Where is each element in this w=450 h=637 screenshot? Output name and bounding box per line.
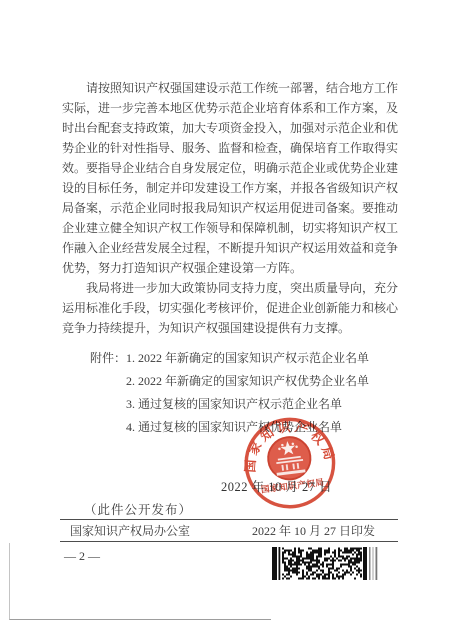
issue-date: 2022 年 10 月 27 日: [221, 477, 332, 495]
national-emblem-icon: [266, 435, 313, 482]
document-barcode-icon: [272, 547, 378, 580]
attachments-label: 附件：: [90, 347, 126, 370]
scanned-page-edge: [9, 543, 271, 620]
footer-print-date: 2022 年 10 月 27 日印发: [252, 523, 375, 539]
footer-divider-top: [60, 519, 398, 520]
footer-issuer: 国家知识产权局办公室: [70, 523, 190, 539]
footer-divider-bottom: [60, 541, 398, 542]
official-seal-graphic: 国家知识产权局 国家知识产权局: [235, 410, 346, 517]
public-release-note: （此件公开发布）: [84, 500, 192, 518]
page-number: — 2 —: [64, 549, 100, 564]
paragraph-1: 请按照知识产权强国建设示范工作统一部署，结合地方工作实际，进一步完善本地区优势示…: [62, 78, 398, 278]
paragraph-2: 我局将进一步加大政策协同支持力度，突出质量导向，充分运用标准化手段，切实强化考核…: [62, 278, 398, 338]
official-seal: 国家知识产权局 国家知识产权局: [235, 410, 346, 517]
attachment-item: 1. 2022 年新确定的国家知识产权示范企业名单: [126, 347, 369, 370]
document-page: 请按照知识产权强国建设示范工作统一部署，结合地方工作实际，进一步完善本地区优势示…: [0, 0, 450, 637]
attachment-item: 2. 2022 年新确定的国家知识产权优势企业名单: [126, 370, 369, 393]
footer-row: 国家知识产权局办公室 2022 年 10 月 27 日印发: [60, 523, 398, 539]
document-body: 请按照知识产权强国建设示范工作统一部署，结合地方工作实际，进一步完善本地区优势示…: [62, 78, 398, 338]
